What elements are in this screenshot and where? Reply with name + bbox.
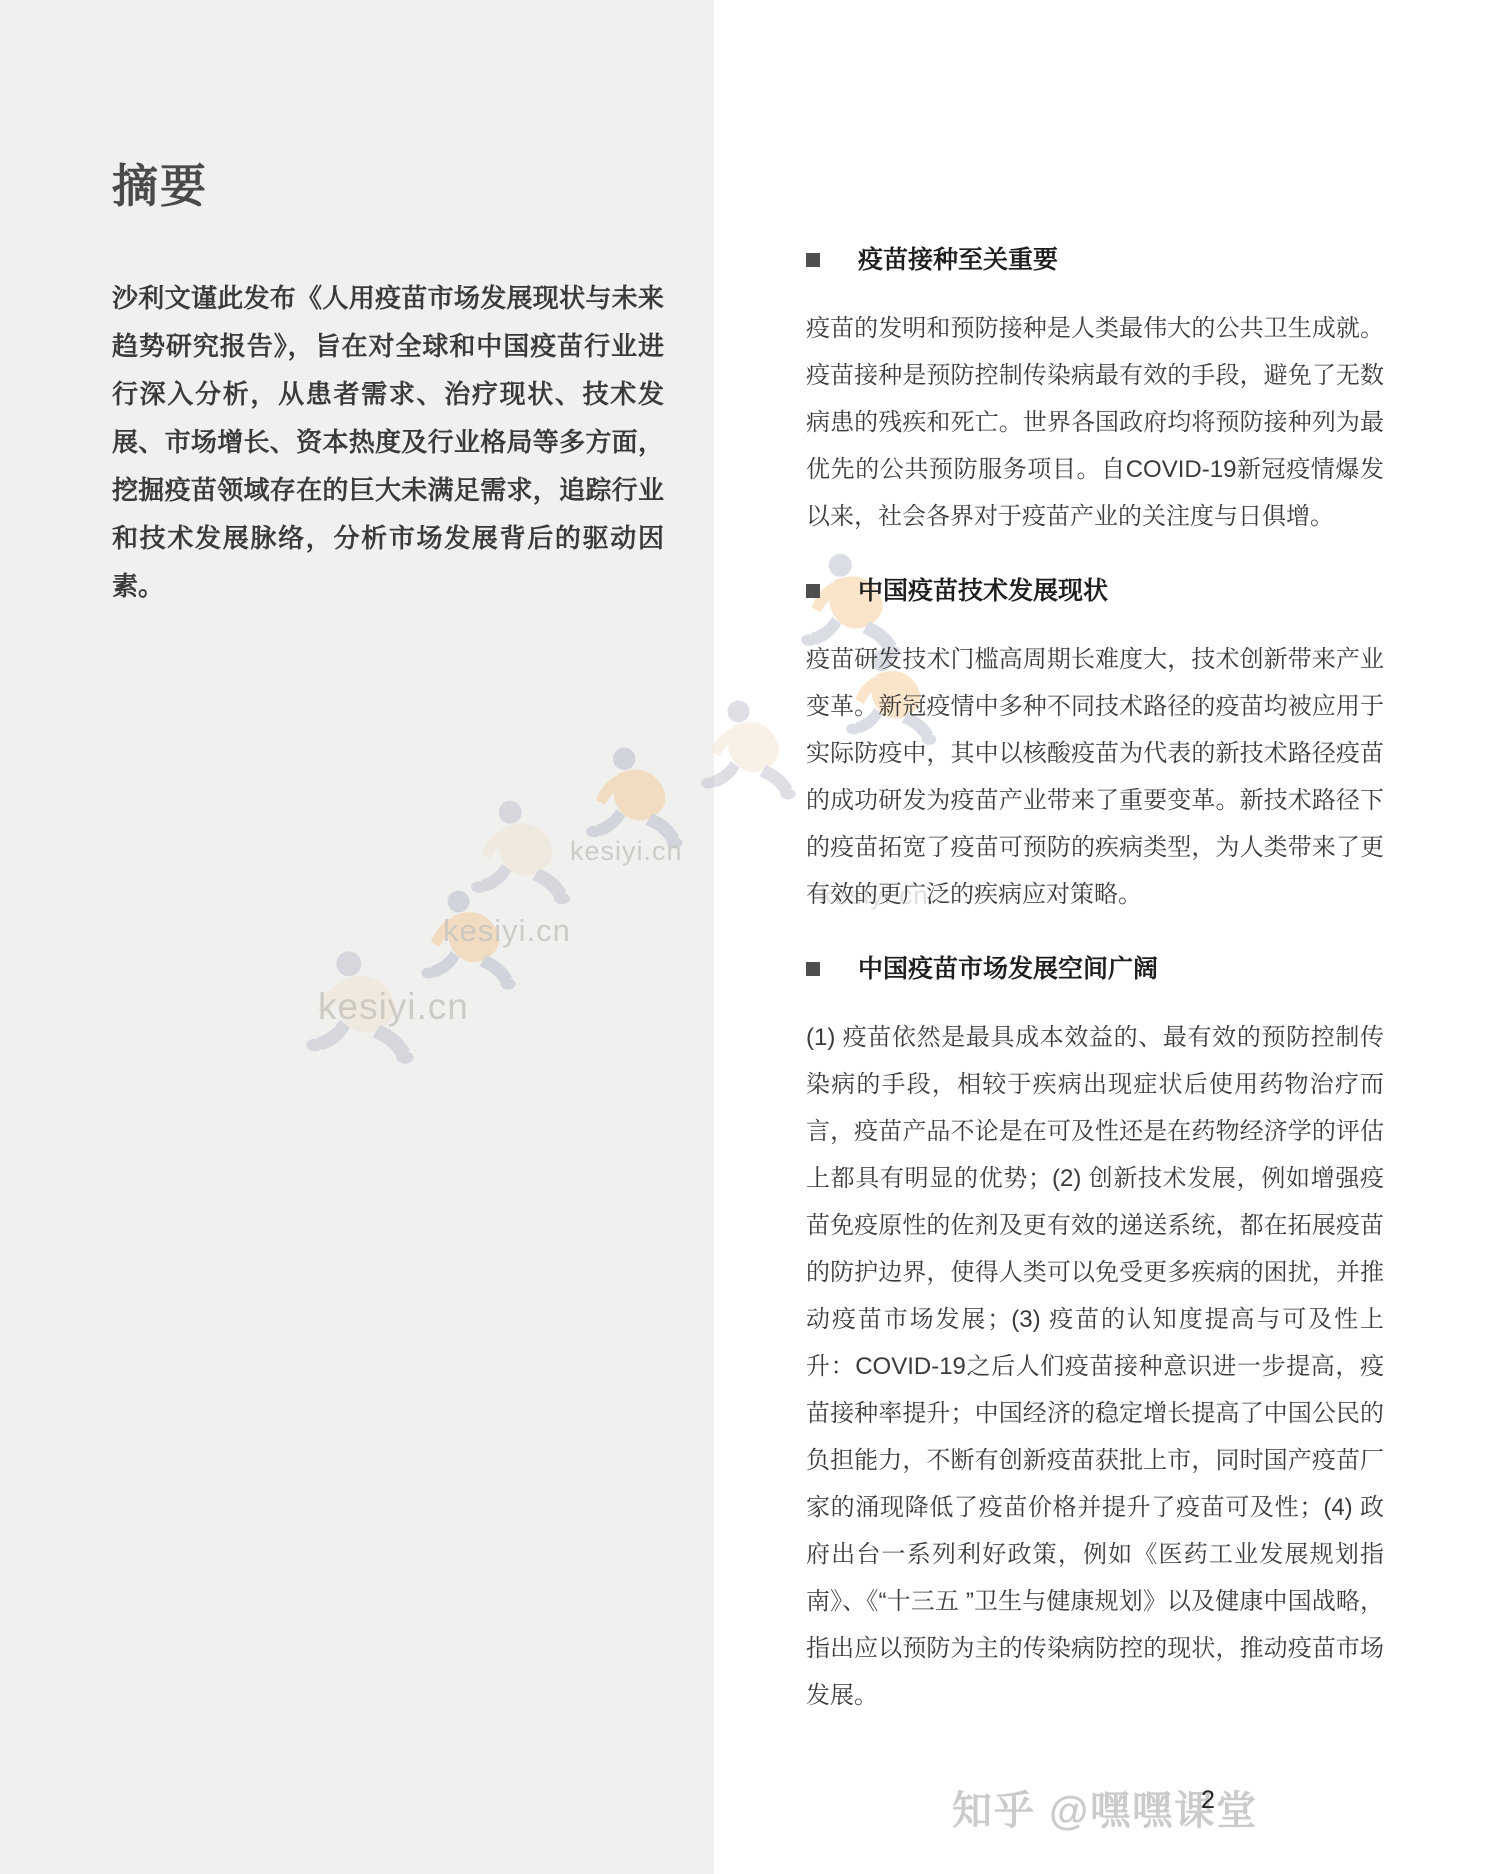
section-heading-row: 中国疫苗市场发展空间广阔: [806, 954, 1384, 984]
section-heading-row: 中国疫苗技术发展现状: [806, 576, 1384, 606]
section-body: (1) 疫苗依然是最具成本效益的、最有效的预防控制传染病的手段，相较于疾病出现症…: [806, 1014, 1384, 1719]
running-person-watermark-icon: [700, 695, 810, 805]
bullet-square-icon: [806, 253, 820, 267]
intro-paragraph: 沙利文谨此发布《人用疫苗市场发展现状与未来趋势研究报告》，旨在对全球和中国疫苗行…: [112, 274, 664, 610]
section-china-vaccine-market: 中国疫苗市场发展空间广阔 (1) 疫苗依然是最具成本效益的、最有效的预防控制传染…: [806, 954, 1384, 1719]
bullet-square-icon: [806, 962, 820, 976]
page-number: 2: [1201, 1786, 1215, 1815]
section-heading: 疫苗接种至关重要: [858, 245, 1058, 275]
section-heading-row: 疫苗接种至关重要: [806, 245, 1384, 275]
section-vaccination-importance: 疫苗接种至关重要 疫苗的发明和预防接种是人类最伟大的公共卫生成就。疫苗接种是预防…: [806, 245, 1384, 540]
section-heading: 中国疫苗市场发展空间广阔: [858, 954, 1158, 984]
section-body: 疫苗的发明和预防接种是人类最伟大的公共卫生成就。疫苗接种是预防控制传染病最有效的…: [806, 305, 1384, 540]
abstract-sections: 疫苗接种至关重要 疫苗的发明和预防接种是人类最伟大的公共卫生成就。疫苗接种是预防…: [806, 245, 1384, 1755]
section-body: 疫苗研发技术门槛高周期长难度大，技术创新带来产业变革。新冠疫情中多种不同技术路径…: [806, 636, 1384, 918]
section-heading: 中国疫苗技术发展现状: [858, 576, 1108, 606]
bullet-square-icon: [806, 584, 820, 598]
report-page: kesiyi.cn kesiyi.cn kesiyi.cn kesiyi.cn …: [0, 0, 1500, 1874]
section-china-vaccine-tech: 中国疫苗技术发展现状 疫苗研发技术门槛高周期长难度大，技术创新带来产业变革。新冠…: [806, 576, 1384, 918]
page-title: 摘要: [112, 150, 208, 216]
